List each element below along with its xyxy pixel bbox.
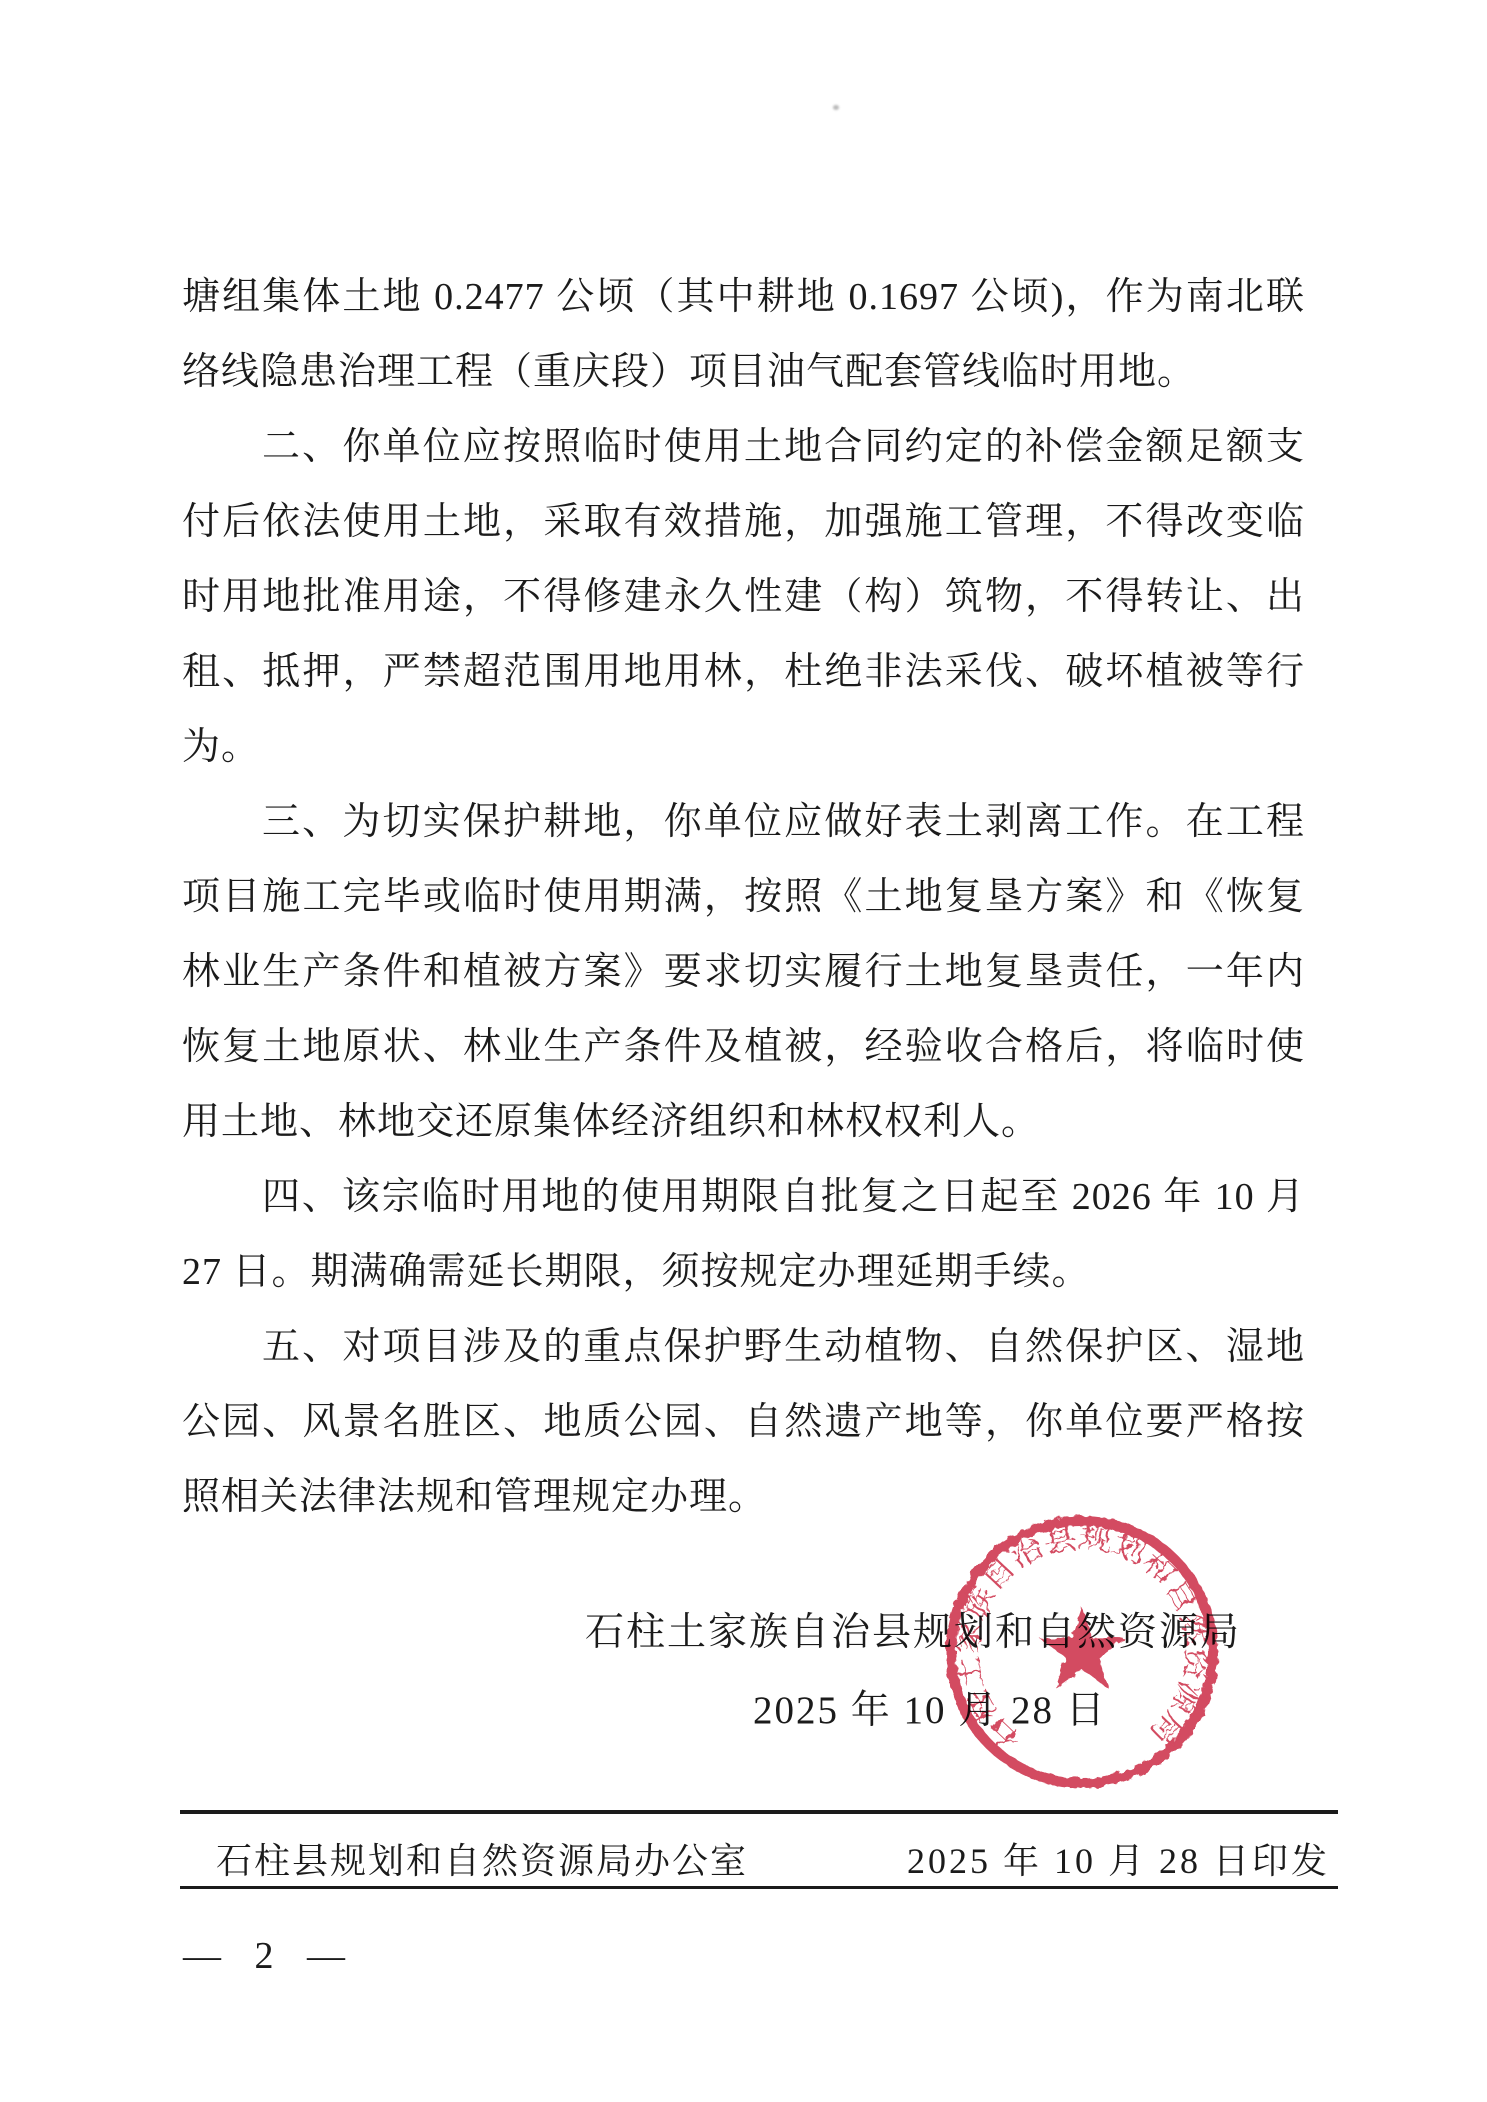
body-line: 时用地批准用途，不得修建永久性建（构）筑物，不得转让、出 xyxy=(182,560,1305,635)
body-line: 公园、风景名胜区、地质公园、自然遗产地等，你单位要严格按 xyxy=(182,1385,1305,1460)
body-line: 租、抵押，严禁超范围用地用林，杜绝非法采伐、破坏植被等行 xyxy=(182,635,1305,710)
body-line: 项目施工完毕或临时使用期满，按照《土地复垦方案》和《恢复 xyxy=(182,860,1305,935)
official-seal: 石柱土家族自治县规划和自然资源局 xyxy=(942,1512,1222,1792)
body-line: 林业生产条件和植被方案》要求切实履行土地复垦责任，一年内 xyxy=(182,935,1305,1010)
body-line: 用土地、林地交还原集体经济组织和林权权利人。 xyxy=(182,1085,1305,1160)
document-page: 塘组集体土地 0.2477 公顷（其中耕地 0.1697 公顷)，作为南北联 络… xyxy=(0,0,1487,2102)
footer-issue-date: 2025 年 10 月 28 日印发 xyxy=(907,1833,1330,1884)
body-line: 五、对项目涉及的重点保护野生动植物、自然保护区、湿地 xyxy=(182,1310,1305,1385)
body-line: 络线隐患治理工程（重庆段）项目油气配套管线临时用地。 xyxy=(182,335,1305,410)
body-line: 三、为切实保护耕地，你单位应做好表土剥离工作。在工程 xyxy=(182,785,1305,860)
body-line: 二、你单位应按照临时使用土地合同约定的补偿金额足额支 xyxy=(182,410,1305,485)
body-line: 塘组集体土地 0.2477 公顷（其中耕地 0.1697 公顷)，作为南北联 xyxy=(182,260,1305,335)
body-line: 为。 xyxy=(182,710,1305,785)
footer-office: 石柱县规划和自然资源局办公室 xyxy=(216,1833,748,1884)
document-body: 塘组集体土地 0.2477 公顷（其中耕地 0.1697 公顷)，作为南北联 络… xyxy=(182,260,1305,1535)
page-number: — 2 — xyxy=(183,1934,357,1978)
scan-artifact-dot xyxy=(833,105,839,110)
footer-divider-top xyxy=(180,1810,1338,1814)
body-line: 恢复土地原状、林业生产条件及植被，经验收合格后，将临时使 xyxy=(182,1010,1305,1085)
seal-star-icon xyxy=(1039,1607,1125,1688)
footer-divider-bottom xyxy=(180,1886,1338,1889)
body-line: 四、该宗临时用地的使用期限自批复之日起至 2026 年 10 月 xyxy=(182,1160,1305,1235)
body-line: 27 日。期满确需延长期限，须按规定办理延期手续。 xyxy=(182,1235,1305,1310)
official-seal-graphic: 石柱土家族自治县规划和自然资源局 xyxy=(942,1512,1222,1792)
body-line: 付后依法使用土地，采取有效措施，加强施工管理，不得改变临 xyxy=(182,485,1305,560)
